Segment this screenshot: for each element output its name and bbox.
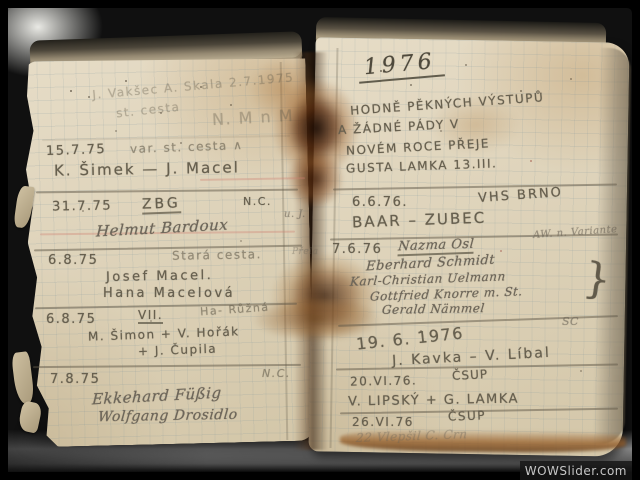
entry-date: 20.VI.76. bbox=[350, 374, 417, 387]
faded-entry-line: N. M n M bbox=[212, 108, 295, 128]
entry-date: 7.6.76 bbox=[332, 243, 382, 256]
club-name: ČSUP bbox=[452, 368, 489, 382]
climber-name: V. LIPSKÝ + G. LAMKA bbox=[348, 393, 519, 409]
entry-route: Stará cesta. bbox=[172, 248, 262, 262]
margin-note: SC bbox=[562, 316, 579, 327]
club-name: ČSUP bbox=[448, 409, 486, 422]
entry-route: ZBG bbox=[142, 196, 181, 214]
entry-grade: VII. bbox=[138, 309, 163, 324]
entry-date: 26.VI.76 bbox=[352, 416, 414, 428]
entry-date: 31.7.75 bbox=[52, 199, 112, 213]
margin-note: N.C. bbox=[262, 368, 291, 379]
climber-name: Josef Macel. bbox=[106, 269, 214, 284]
entry-date: 6.8.75 bbox=[48, 254, 98, 267]
paper-speckles bbox=[70, 90, 72, 92]
margin-note: N.C. bbox=[243, 196, 272, 207]
entry-date: 6.6.76. bbox=[352, 196, 408, 209]
climber-name: + J. Čupila bbox=[138, 343, 218, 358]
photo-frame: J. Vakšec A. Skala 2.7.1975 st. cesta N.… bbox=[0, 0, 640, 480]
entry-date: 6.8.75 bbox=[46, 313, 96, 326]
margin-note: u. J. bbox=[284, 210, 306, 220]
climber-signature: Gerald Nämmel bbox=[381, 302, 485, 316]
climber-signature: Wolfgang Drosidlo bbox=[97, 408, 238, 424]
margin-note: Přela bbox=[292, 248, 318, 257]
entry-names: K. Šimek — J. Macel bbox=[54, 160, 240, 178]
entry-date: 15.7.75 bbox=[46, 143, 107, 158]
climber-name: Hana Macelová bbox=[103, 287, 235, 300]
watermark[interactable]: WOWSlider.com bbox=[520, 461, 632, 480]
entry-date: 7.8.75 bbox=[50, 373, 100, 386]
entry-route: var. st. cesta ∧ bbox=[130, 139, 244, 155]
watermark-text[interactable]: WOWSlider.com bbox=[525, 464, 627, 478]
faded-entry-line: 22 Vlepšil C. Crn bbox=[356, 428, 468, 444]
